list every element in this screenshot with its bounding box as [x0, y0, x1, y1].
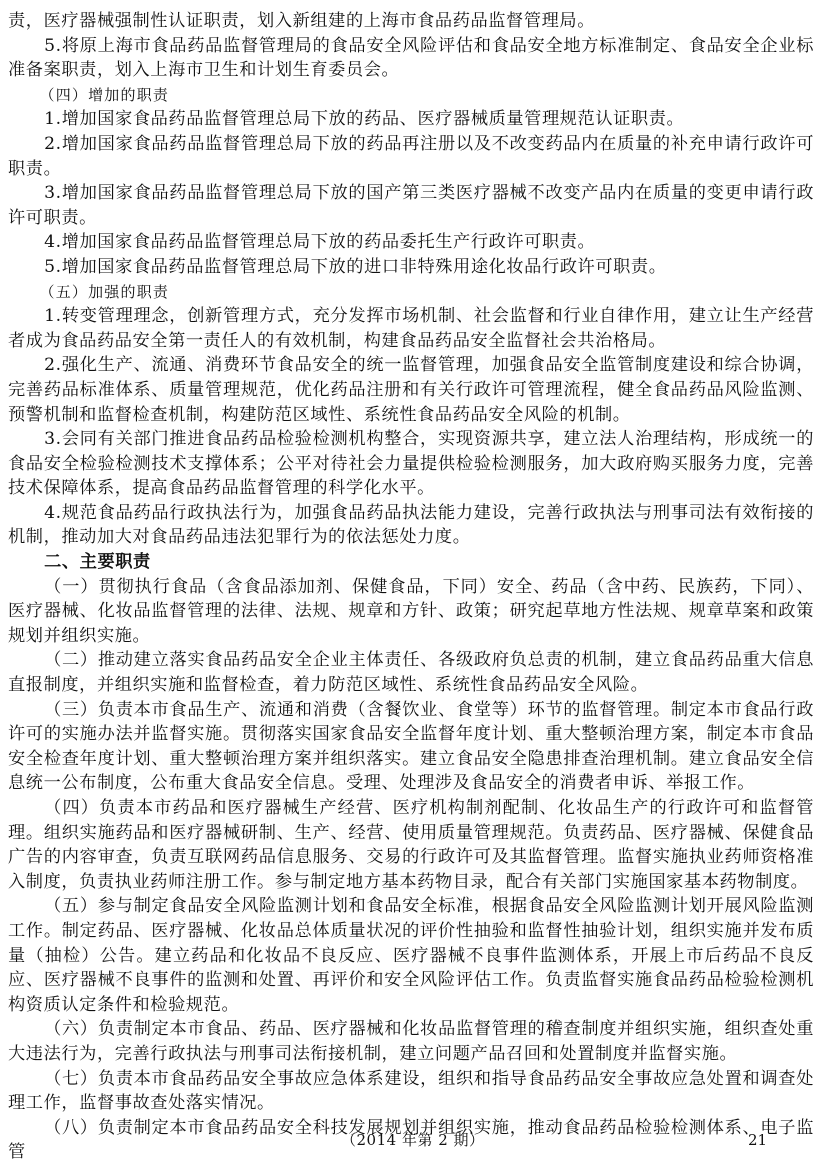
paragraph-continuation: 责，医疗器械强制性认证职责，划入新组建的上海市食品药品监督管理局。	[8, 9, 814, 34]
paragraph-item: （七）负责本市食品药品安全事故应急体系建设，组织和指导食品药品安全事故应急处置和…	[8, 1067, 814, 1116]
paragraph-item: （二）推动建立落实食品药品安全企业主体责任、各级政府负总责的机制，建立食品药品重…	[8, 648, 814, 697]
issue-label: （2014 年第 2 期）	[341, 1128, 485, 1152]
paragraph-item: 2.强化生产、流通、消费环节食品安全的统一监督管理，加强食品安全监管制度建设和综…	[8, 353, 814, 427]
paragraph-item: 1.转变管理理念，创新管理方式，充分发挥市场机制、社会监督和行业自律作用，建立让…	[8, 304, 814, 353]
paragraph-item: （五）参与制定食品安全风险监测计划和食品安全标准，根据食品安全风险监测计划开展风…	[8, 894, 814, 1017]
subheading-added-duties: （四）增加的职责	[8, 83, 814, 108]
paragraph-item: （一）贯彻执行食品（含食品添加剂、保健食品，下同）安全、药品（含中药、民族药，下…	[8, 575, 814, 649]
paragraph-item: 1.增加国家食品药品监督管理总局下放的药品、医疗器械质量管理规范认证职责。	[8, 107, 814, 132]
paragraph-item: （四）负责本市药品和医疗器械生产经营、医疗机构制剂配制、化妆品生产的行政许可和监…	[8, 796, 814, 894]
section-heading-main-duties: 二、主要职责	[8, 550, 814, 575]
paragraph-item: 4.增加国家食品药品监督管理总局下放的药品委托生产行政许可职责。	[8, 230, 814, 255]
document-body: 责，医疗器械强制性认证职责，划入新组建的上海市食品药品监督管理局。 5.将原上海…	[8, 9, 814, 1165]
paragraph-item: （三）负责本市食品生产、流通和消费（含餐饮业、食堂等）环节的监督管理。制定本市食…	[8, 698, 814, 796]
page-number: 21	[748, 1128, 767, 1152]
page-footer: （2014 年第 2 期） 21	[0, 1128, 827, 1152]
paragraph-item: 5.增加国家食品药品监督管理总局下放的进口非特殊用途化妆品行政许可职责。	[8, 255, 814, 280]
paragraph-item: 3.增加国家食品药品监督管理总局下放的国产第三类医疗器械不改变产品内在质量的变更…	[8, 181, 814, 230]
paragraph-item: 5.将原上海市食品药品监督管理局的食品安全风险评估和食品安全地方标准制定、食品安…	[8, 34, 814, 83]
subheading-strengthened-duties: （五）加强的职责	[8, 280, 814, 305]
paragraph-item: 3.会同有关部门推进食品药品检验检测机构整合，实现资源共享，建立法人治理结构，形…	[8, 427, 814, 501]
paragraph-item: 2.增加国家食品药品监督管理总局下放的药品再注册以及不改变药品内在质量的补充申请…	[8, 132, 814, 181]
paragraph-item: （六）负责制定本市食品、药品、医疗器械和化妆品监督管理的稽查制度并组织实施，组织…	[8, 1017, 814, 1066]
paragraph-item: 4.规范食品药品行政执法行为，加强食品药品执法能力建设，完善行政执法与刑事司法有…	[8, 501, 814, 550]
